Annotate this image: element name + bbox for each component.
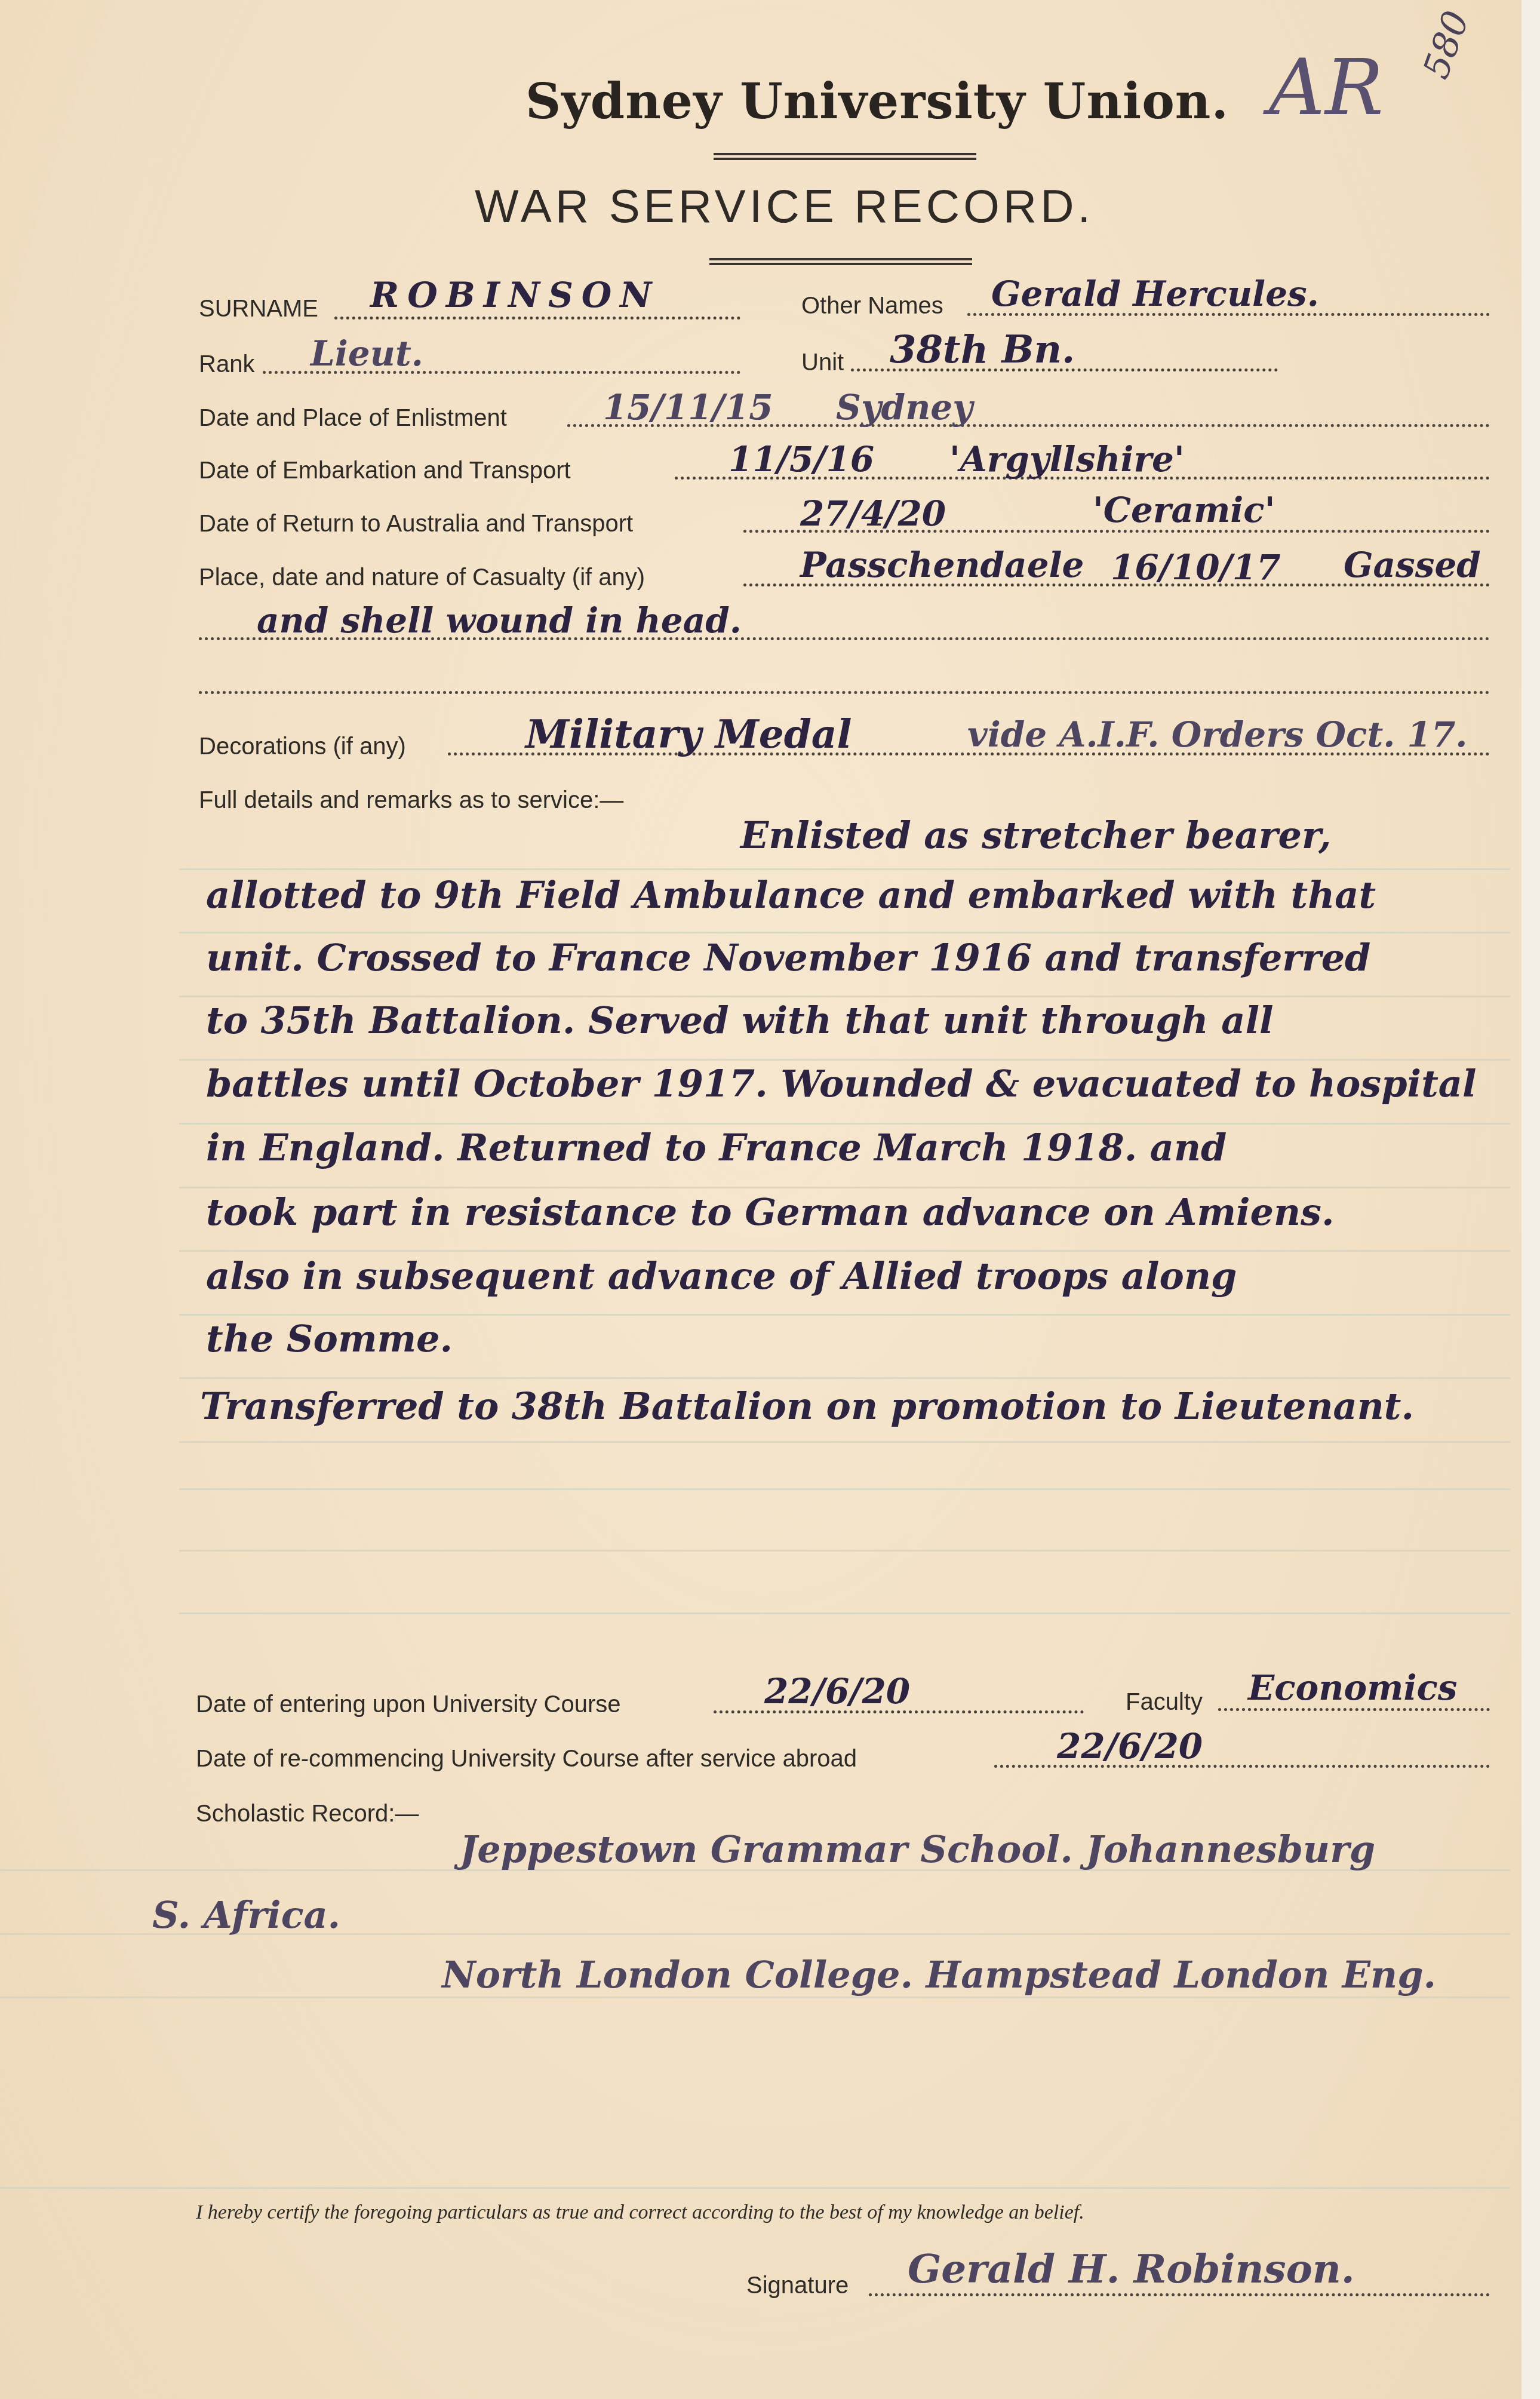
ruled-line bbox=[179, 1377, 1510, 1379]
rank-label: Rank bbox=[199, 351, 254, 378]
ruled-line bbox=[179, 1059, 1510, 1061]
scholastic-label: Scholastic Record:— bbox=[196, 1801, 419, 1827]
casualty-nature: Gassed bbox=[1344, 545, 1481, 585]
surname-value: ROBINSON bbox=[370, 275, 660, 315]
enlistment-label: Date and Place of Enlistment bbox=[199, 405, 507, 432]
unit-value: 38th Bn. bbox=[890, 327, 1075, 372]
casualty-label: Place, date and nature of Casualty (if a… bbox=[199, 564, 645, 591]
ruled-line bbox=[179, 1123, 1510, 1125]
faculty-value: Economics bbox=[1248, 1667, 1457, 1708]
ruled-line bbox=[179, 932, 1510, 933]
remarks-line: took part in resistance to German advanc… bbox=[206, 1190, 1335, 1234]
embarkation-transport: 'Argyllshire' bbox=[949, 439, 1185, 480]
embarkation-date: 11/5/16 bbox=[728, 439, 874, 480]
casualty-continuation: and shell wound in head. bbox=[257, 600, 742, 641]
header-divider bbox=[714, 153, 976, 160]
other-names-label: Other Names bbox=[801, 293, 943, 320]
enlistment-place: Sydney bbox=[836, 387, 973, 428]
ruled-line bbox=[179, 1441, 1510, 1443]
return-label: Date of Return to Australia and Transpor… bbox=[199, 511, 633, 537]
ruled-line bbox=[179, 1187, 1510, 1188]
remarks-line: unit. Crossed to France November 1916 an… bbox=[206, 936, 1370, 979]
remarks-line: Enlisted as stretcher bearer, bbox=[740, 813, 1332, 857]
faculty-dotted-line bbox=[1218, 1708, 1490, 1711]
remarks-line: to 35th Battalion. Served with that unit… bbox=[206, 999, 1274, 1042]
signature-dotted-line bbox=[869, 2293, 1490, 2296]
enlistment-date: 15/11/15 bbox=[603, 387, 773, 428]
rank-value: Lieut. bbox=[311, 333, 423, 374]
signature-label: Signature bbox=[746, 2272, 849, 2299]
casualty-date: 16/10/17 bbox=[1111, 547, 1281, 588]
scholastic-line: Jeppestown Grammar School. Johannesburg bbox=[460, 1827, 1375, 1871]
other-names-value: Gerald Hercules. bbox=[991, 274, 1319, 314]
surname-label: SURNAME bbox=[199, 296, 318, 322]
casualty-place: Passchendaele bbox=[800, 545, 1084, 585]
ruled-line bbox=[179, 1488, 1510, 1490]
remarks-line: the Somme. bbox=[206, 1317, 453, 1360]
ruled-line bbox=[179, 1250, 1510, 1252]
remarks-line: also in subsequent advance of Allied tro… bbox=[206, 1254, 1237, 1298]
ruled-line bbox=[0, 1996, 1510, 1998]
surname-dotted-line bbox=[334, 317, 740, 320]
remarks-label: Full details and remarks as to service:— bbox=[199, 787, 623, 814]
paper-edge bbox=[1521, 0, 1540, 2399]
ruled-line bbox=[0, 2187, 1510, 2189]
remarks-line: in England. Returned to France March 191… bbox=[206, 1126, 1227, 1169]
ruled-line bbox=[179, 1612, 1510, 1614]
ruled-line bbox=[179, 1550, 1510, 1552]
signature-value: Gerald H. Robinson. bbox=[908, 2246, 1355, 2292]
remarks-line: Transferred to 38th Battalion on promoti… bbox=[200, 1384, 1414, 1428]
decorations-label: Decorations (if any) bbox=[199, 733, 406, 760]
return-transport: 'Ceramic' bbox=[1093, 490, 1275, 530]
scholastic-line: S. Africa. bbox=[152, 1893, 340, 1937]
form-title: WAR SERVICE RECORD. bbox=[475, 179, 1094, 234]
certification-statement: I hereby certify the foregoing particula… bbox=[196, 2201, 1084, 2224]
university-entry-value: 22/6/20 bbox=[764, 1671, 910, 1712]
university-recommence-value: 22/6/20 bbox=[1057, 1726, 1203, 1767]
organisation-title: Sydney University Union. bbox=[525, 73, 1229, 130]
university-recommence-label: Date of re-commencing University Course … bbox=[196, 1746, 857, 1773]
ruled-line bbox=[179, 1314, 1510, 1316]
scholastic-line: North London College. Hampstead London E… bbox=[442, 1953, 1436, 1996]
ruled-line bbox=[179, 996, 1510, 997]
university-entry-label: Date of entering upon University Course bbox=[196, 1691, 620, 1718]
remarks-line: allotted to 9th Field Ambulance and emba… bbox=[206, 873, 1376, 917]
decorations-note: vide A.I.F. Orders Oct. 17. bbox=[967, 714, 1468, 755]
ruled-line bbox=[179, 868, 1510, 870]
header-divider bbox=[709, 258, 972, 265]
casualty-dotted-line-3 bbox=[199, 691, 1490, 694]
faculty-label: Faculty bbox=[1126, 1689, 1203, 1716]
decorations-value: Military Medal bbox=[525, 711, 852, 757]
embarkation-label: Date of Embarkation and Transport bbox=[199, 457, 571, 484]
return-date: 27/4/20 bbox=[800, 493, 946, 534]
monogram-annotation: AR bbox=[1269, 42, 1384, 133]
remarks-line: battles until October 1917. Wounded & ev… bbox=[206, 1062, 1477, 1105]
unit-label: Unit bbox=[801, 349, 844, 376]
